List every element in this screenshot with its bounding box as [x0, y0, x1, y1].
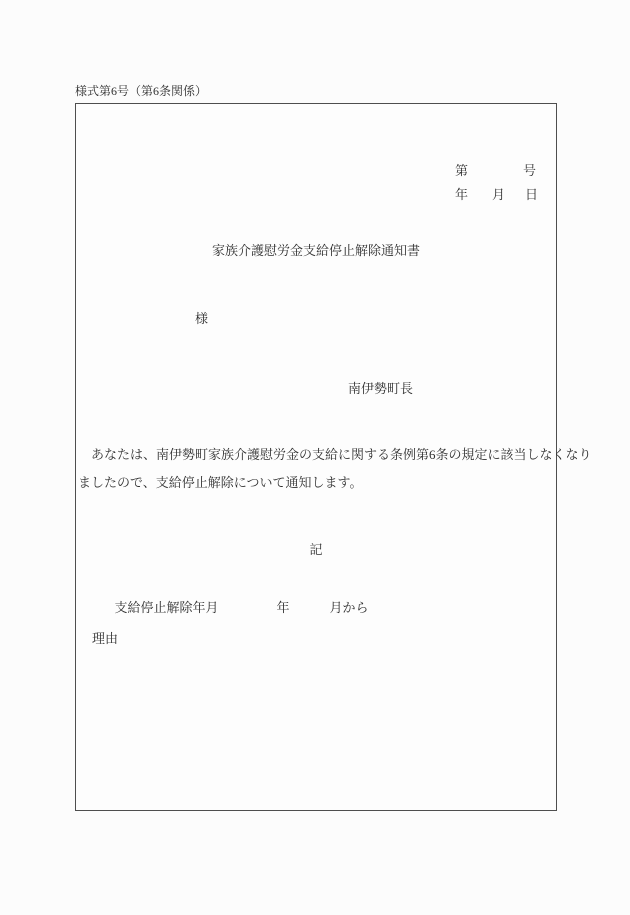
body-text-line-1: あなたは、南伊勢町家族介護慰労金の支給に関する条例第6条の規定に該当しなくなり — [78, 447, 554, 462]
release-month-from-label: 月から — [330, 600, 369, 615]
document-page: 様式第6号（第6条関係） 第号 年月日 家族介護慰労金支給停止解除通知書 様 南… — [0, 0, 630, 915]
addressee-suffix-label: 様 — [195, 311, 208, 326]
document-date-line: 年月日 — [435, 172, 538, 217]
body-text-line-2: ましたので、支給停止解除について通知します。 — [78, 475, 554, 490]
release-date-line: 支給停止解除年月年月から — [95, 585, 369, 630]
form-number-label: 様式第6号（第6条関係） — [75, 83, 207, 99]
document-border-box: 第号 年月日 家族介護慰労金支給停止解除通知書 様 南伊勢町長 あなたは、南伊勢… — [75, 103, 557, 811]
date-year-label: 年 — [455, 187, 468, 202]
date-month-label: 月 — [492, 187, 505, 202]
release-date-label: 支給停止解除年月 — [115, 600, 219, 615]
reason-label: 理由 — [92, 631, 118, 646]
sender-title: 南伊勢町長 — [348, 381, 413, 396]
document-title: 家族介護慰労金支給停止解除通知書 — [76, 243, 556, 258]
record-heading: 記 — [76, 542, 556, 557]
release-year-suffix: 年 — [277, 600, 290, 615]
date-day-label: 日 — [525, 187, 538, 202]
